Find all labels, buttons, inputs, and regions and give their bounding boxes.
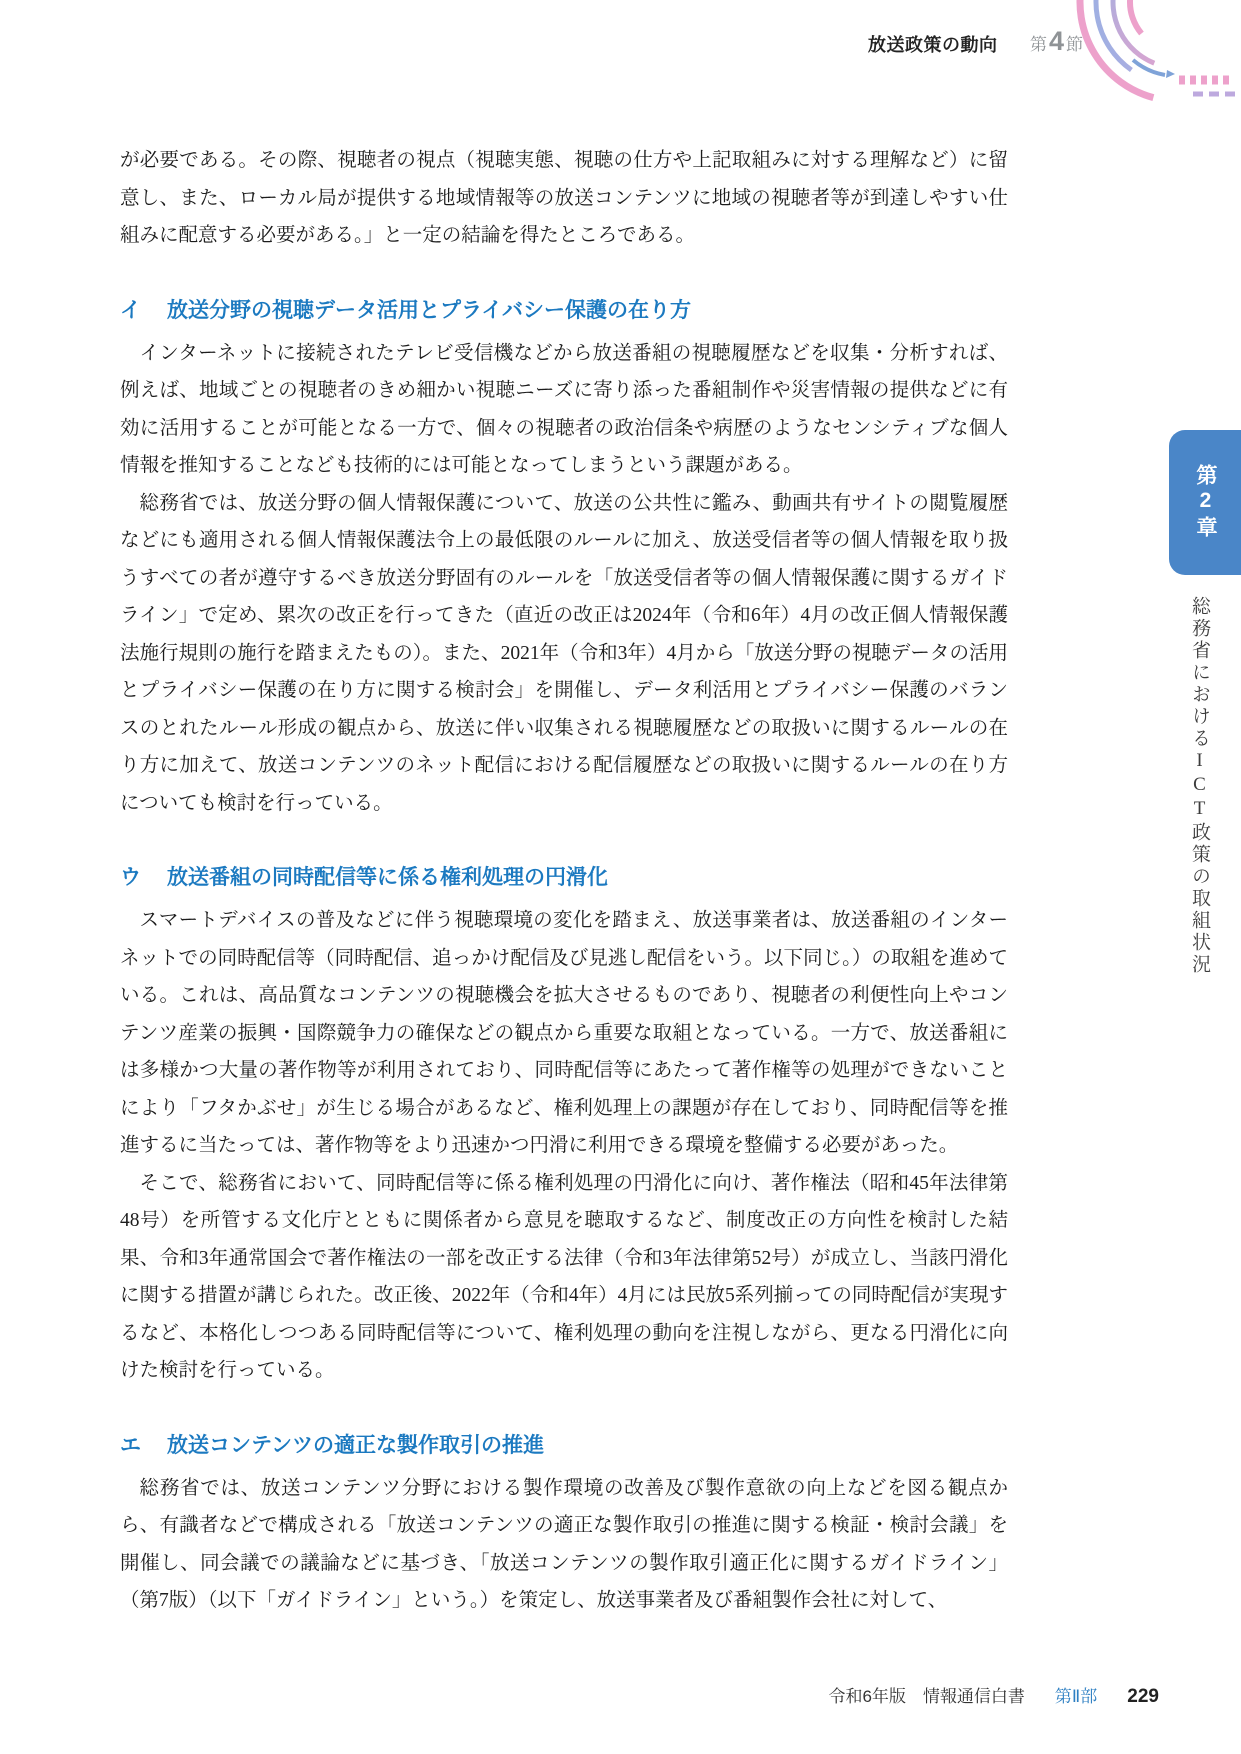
section-title: 放送分野の視聴データ活用とプライバシー保護の在り方: [167, 297, 691, 325]
intro-paragraph: が必要である。その際、視聴者の視点（視聴実態、視聴の仕方や上記取組みに対する理解…: [120, 142, 1008, 255]
body-paragraph: 総務省では、放送コンテンツ分野における製作環境の改善及び製作意欲の向上などを図る…: [120, 1470, 1008, 1620]
section-title: 放送番組の同時配信等に係る権利処理の円滑化: [167, 864, 608, 892]
section-title: 放送コンテンツの適正な製作取引の推進: [167, 1432, 544, 1460]
footer-page-number: 229: [1127, 1686, 1159, 1708]
body-paragraph: インターネットに接続されたテレビ受信機などから放送番組の視聴履歴などを収集・分析…: [120, 335, 1008, 485]
page-footer: 令和6年版 情報通信白書 第Ⅱ部 229: [828, 1682, 1159, 1708]
section-heading-i: イ 放送分野の視聴データ活用とプライバシー保護の在り方: [120, 297, 1008, 325]
chapter-tab: 第2章: [1169, 430, 1241, 575]
document-page: 放送政策の動向 第4節: [0, 0, 1241, 1754]
section-heading-u: ウ 放送番組の同時配信等に係る権利処理の円滑化: [120, 864, 1008, 892]
corner-arc-decoration-icon: [983, 0, 1241, 114]
body-paragraph: 総務省では、放送分野の個人情報保護について、放送の公共性に鑑み、動画共有サイトの…: [120, 485, 1008, 823]
footer-edition: 令和6年版 情報通信白書: [828, 1682, 1024, 1707]
main-text-column: が必要である。その際、視聴者の視点（視聴実態、視聴の仕方や上記取組みに対する理解…: [120, 142, 1008, 1620]
body-paragraph: スマートデバイスの普及などに伴う視聴環境の変化を踏まえ、放送事業者は、放送番組の…: [120, 902, 1008, 1165]
section-marker: イ: [120, 297, 141, 325]
chapter-tab-label: 第2章: [1190, 464, 1220, 541]
section-marker: エ: [120, 1432, 141, 1460]
chapter-caption: 総務省におけるICT政策の取組状況: [1186, 596, 1213, 976]
section-marker: ウ: [120, 864, 141, 892]
body-paragraph: そこで、総務省において、同時配信等に係る権利処理の円滑化に向け、著作権法（昭和4…: [120, 1165, 1008, 1390]
section-heading-e: エ 放送コンテンツの適正な製作取引の推進: [120, 1432, 1008, 1460]
footer-part: 第Ⅱ部: [1055, 1682, 1097, 1707]
running-head-title: 放送政策の動向: [868, 31, 998, 57]
